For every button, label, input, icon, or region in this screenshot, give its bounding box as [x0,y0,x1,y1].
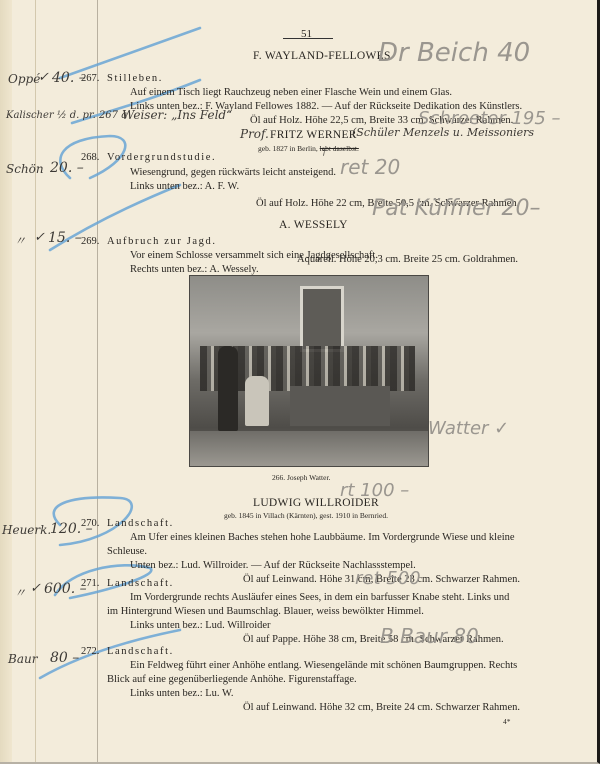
check-mark: ✓ [30,581,41,596]
lot-number: 272. [81,646,99,658]
margin-buyer: 〃 [14,584,26,601]
handwritten-note-right: Pat Küffner 20– [372,196,541,221]
lot-description-line1: Im Vordergrunde rechts Ausläufer eines S… [130,592,509,604]
signature-mark: 4* [503,716,511,728]
lot-description-line1: Ein Feldweg führt einer Anhöhe entlang. … [130,660,517,672]
artist-heading: F. WAYLAND-FELLOWES [253,50,391,62]
margin-buyer: Heuerk. [2,523,51,537]
handwritten-note-right: rt 100 – [340,480,409,501]
lot-description: Wiesengrund, gegen rückwärts leicht anst… [130,167,336,179]
lot-signature: Links unten bez.: Lud. Willroider [130,620,271,632]
lot-signature: Links unten bez.: Lu. W. [130,688,234,700]
handwritten-death-mark: † [322,148,327,158]
handwritten-note-right: Dr Beich 40 [378,38,530,68]
plate-caption: 266. Joseph Watter. [272,472,330,484]
lot-number: 269. [81,236,99,248]
artist-bio: geb. 1827 in Berlin, lebt daselbst. [258,143,359,155]
margin-buyer: 〃 [14,232,26,249]
handwritten-note-267a: Kalischer ½ d. pr. 267 a [6,110,127,121]
plate-table [290,386,390,426]
artist-bio: geb. 1845 in Villach (Kärnten), gest. 19… [224,510,388,522]
check-mark: ✓ [34,230,45,245]
plate-figure-seated [245,376,269,426]
plate-image [189,275,429,467]
handwritten-prefix: Prof. [240,127,269,141]
lot-number: 271. [81,578,99,590]
margin-buyer: Schön [6,162,44,176]
handwritten-suffix: (Schüler Menzels u. Meissoniers [352,126,534,139]
lot-medium: Öl auf Leinwand. Höhe 32 cm, Breite 24 c… [243,702,520,714]
lot-title: Vordergrundstudie. [107,152,216,164]
page-number-rule [283,38,333,39]
lot-description-line2: Schleuse. [107,546,147,558]
lot-title: Stilleben. [107,73,163,85]
margin-price: 20. – [50,160,84,176]
handwritten-note-right: ret 20 [340,155,400,179]
artist-heading: FRITZ WERNER [270,129,357,141]
lot-title: Landschaft. [107,646,174,658]
lot-description: Auf einem Tisch liegt Rauchzeug neben ei… [130,87,452,99]
margin-buyer: Baur [8,652,37,666]
handwritten-note-right: ret 500 [355,568,421,589]
lot-description-line2: Blick auf eine gegenüberliegende Anhöhe.… [107,674,357,686]
plate-handwritten-note: Watter ✓ [428,418,509,439]
lot-title: Landschaft. [107,578,174,590]
margin-buyer: Oppé [8,72,40,86]
lot-number: 267. [81,73,99,85]
artist-heading: A. WESSELY [279,219,348,231]
plate-portrait [300,286,344,352]
plate-figure [218,346,238,431]
handwritten-note-267a-title: Weiser: „Ins Feld“ [122,108,232,122]
margin-price: 80 – [50,650,79,666]
artist-bio-text: geb. 1827 in Berlin, [258,144,318,153]
lot-number: 270. [81,518,99,530]
lot-signature: Links unten bez.: A. F. W. [130,181,239,193]
check-mark: ✓ [38,70,49,85]
lot-medium: Aquarell. Höhe 20,3 cm. Breite 25 cm. Go… [297,254,518,266]
lot-title: Landschaft. [107,518,174,530]
lot-description-line1: Am Ufer eines kleinen Baches stehen hohe… [130,532,515,544]
lot-description-line2: im Hintergrund Wiesen und Baumschlag. Bl… [107,606,424,618]
lot-title: Aufbruch zur Jagd. [107,236,217,248]
catalog-page: 51 F. WAYLAND-FELLOWES Dr Beich 40 Oppé … [0,0,600,764]
margin-price: 15. – [48,230,82,246]
plate-floor [190,431,428,466]
handwritten-note-right: B Baur 80 [380,624,479,648]
